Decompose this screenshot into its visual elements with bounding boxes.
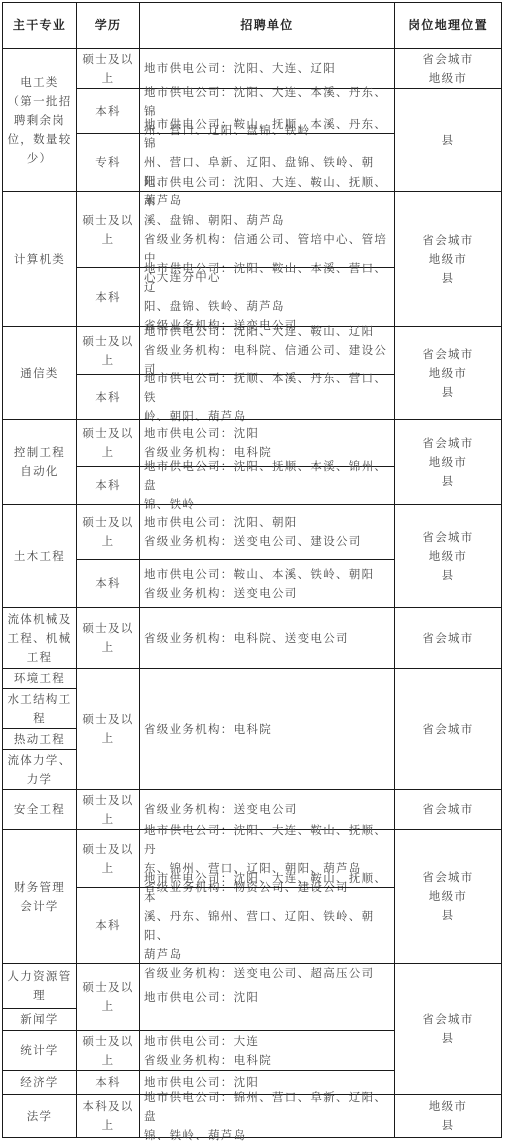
- major-cell: 安全工程: [2, 789, 77, 830]
- major-cell: 经济学: [2, 1070, 77, 1095]
- degree-cell: 硕士及以 上: [76, 326, 140, 375]
- unit-cell: 省级业务机构：电科院、送变电公司: [139, 607, 395, 669]
- recruitment-table: 主干专业 学历 招聘单位 岗位地理位置 电工类 （第一批招 聘剩余岗 位，数量较…: [3, 3, 502, 1138]
- unit-cell: 地市供电公司：鞍山、本溪、铁岭、朝阳 省级业务机构：送变电公司: [139, 559, 395, 608]
- location-cell: 省会城市 地级市: [394, 48, 502, 89]
- degree-cell: 硕士及以 上: [76, 504, 140, 560]
- degree-cell: 本科: [76, 887, 140, 964]
- degree-cell: 硕士及以 上: [76, 607, 140, 669]
- location-cell: 地级市 县: [394, 1094, 502, 1138]
- location-cell: 省会城市 地级市 县: [394, 829, 502, 964]
- major-cell: 统计学: [2, 1030, 77, 1071]
- major-cell: 土木工程: [2, 504, 77, 608]
- degree-cell: 硕士及以 上: [76, 789, 140, 830]
- major-cell: 流体机械及 工程、机械 工程: [2, 607, 77, 669]
- major-cell: 法学: [2, 1094, 77, 1138]
- major-cell: 电工类 （第一批招 聘剩余岗 位，数量较 少）: [2, 48, 77, 192]
- header-unit: 招聘单位: [139, 2, 395, 49]
- location-cell: 省会城市 县: [394, 963, 502, 1095]
- major-cell: 人力资源管 理: [2, 963, 77, 1009]
- unit-cell: 地市供电公司：沈阳、大连、鞍山、抚顺、本 溪、丹东、锦州、营口、辽阳、铁岭、朝阳…: [139, 887, 395, 964]
- degree-cell: 硕士及以 上: [76, 48, 140, 89]
- location-cell: 省会城市: [394, 607, 502, 669]
- unit-cell: 地市供电公司：大连 省级业务机构：电科院: [139, 1030, 395, 1071]
- unit-cell: 地市供电公司：抚顺、本溪、丹东、营口、铁 岭、朝阳、葫芦岛: [139, 374, 395, 420]
- major-cell: 水工结构工 程: [2, 688, 77, 729]
- unit-cell: 地市供电公司：沈阳、抚顺、本溪、锦州、盘 锦、铁岭: [139, 466, 395, 505]
- location-cell: 省会城市 地级市 县: [394, 504, 502, 608]
- location-cell: 省会城市 地级市 县: [394, 419, 502, 505]
- degree-cell: 硕士及以 上: [76, 1030, 140, 1071]
- unit-cell: 地市供电公司：锦州、营口、阜新、辽阳、盘 锦、铁岭、葫芦岛: [139, 1094, 395, 1138]
- unit-cell: 省级业务机构：电科院: [139, 668, 395, 790]
- header-major: 主干专业: [2, 2, 77, 49]
- major-cell: 新闻学: [2, 1008, 77, 1031]
- unit-cell: 地市供电公司：沈阳、朝阳 省级业务机构：送变电公司、建设公司: [139, 504, 395, 560]
- degree-cell: 本科: [76, 466, 140, 505]
- header-location: 岗位地理位置: [394, 2, 502, 49]
- degree-cell: 硕士及以 上: [76, 191, 140, 268]
- degree-cell: 本科: [76, 267, 140, 327]
- degree-cell: 硕士及以 上: [76, 668, 140, 790]
- unit-cell: 地市供电公司：沈阳: [139, 963, 395, 1031]
- unit-cell: 地市供电公司：沈阳、鞍山、本溪、营口、辽 阳、盘锦、铁岭、葫芦岛 省级业务机构：…: [139, 267, 395, 327]
- major-cell: 控制工程 自动化: [2, 419, 77, 505]
- degree-cell: 硕士及以 上: [76, 419, 140, 467]
- major-cell: 通信类: [2, 326, 77, 420]
- degree-cell: 本科: [76, 559, 140, 608]
- unit-cell: 地市供电公司：沈阳、大连、鞍山、抚顺、本 溪、盘锦、朝阳、葫芦岛 省级业务机构：…: [139, 191, 395, 268]
- location-cell: 省会城市 地级市 县: [394, 326, 502, 420]
- degree-cell: 本科: [76, 88, 140, 134]
- header-degree: 学历: [76, 2, 140, 49]
- location-cell: 省会城市: [394, 789, 502, 830]
- major-cell: 流体力学、 力学: [2, 749, 77, 790]
- location-cell: 县: [394, 88, 502, 192]
- degree-cell: 本科及以 上: [76, 1094, 140, 1138]
- location-cell: 省会城市: [394, 668, 502, 790]
- degree-cell: 硕士及以 上: [76, 829, 140, 888]
- degree-cell: 专科: [76, 133, 140, 192]
- degree-cell: 本科: [76, 374, 140, 420]
- major-cell: 热动工程: [2, 728, 77, 750]
- major-cell: 计算机类: [2, 191, 77, 327]
- major-cell: 财务管理 会计学: [2, 829, 77, 964]
- degree-cell: 本科: [76, 1070, 140, 1095]
- major-cell: 环境工程: [2, 668, 77, 689]
- location-cell: 省会城市 地级市 县: [394, 191, 502, 327]
- degree-cell: 硕士及以 上: [76, 963, 140, 1031]
